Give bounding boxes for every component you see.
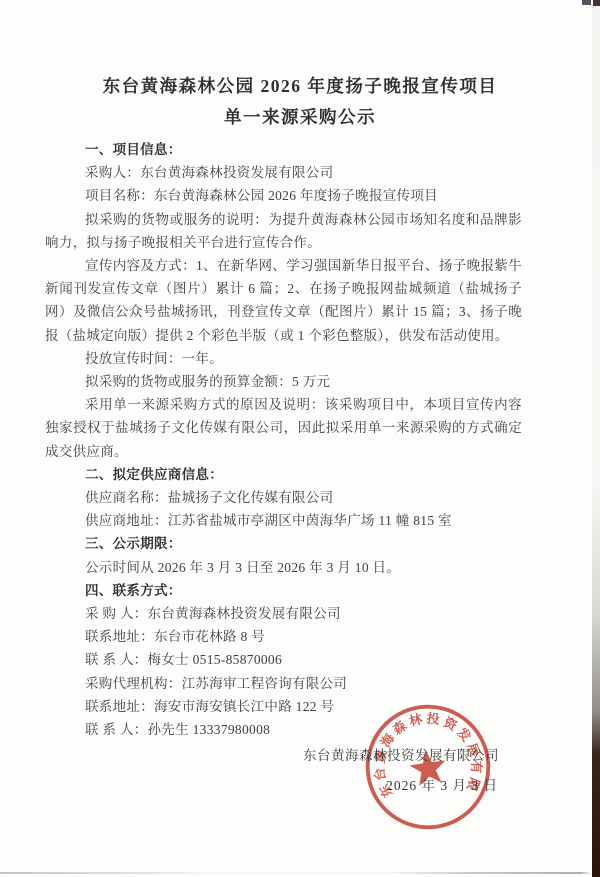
signature-block: 东台黄海森林投资发展有限公司 2026 年 3 月 3 日: [303, 744, 499, 794]
section-2-heading: 二、拟定供应商信息：: [45, 463, 522, 486]
agency-line: 采购代理机构：江苏海审工程咨询有限公司: [45, 672, 522, 695]
publicity-duration-line: 投放宣传时间：一年。: [45, 347, 522, 370]
scan-corner-mark: [593, 0, 600, 6]
purchaser-address-line: 联系地址：东台市花林路 8 号: [45, 625, 522, 648]
purchaser-contact-line: 联 系 人：梅女士 0515-85870006: [45, 648, 522, 671]
scan-edge-right-artifact: [592, 0, 600, 877]
supplier-address-line: 供应商地址：江苏省盐城市亭湖区中茵海华广场 11 幢 815 室: [45, 509, 522, 532]
procurement-description: 拟采购的货物或服务的说明：为提升黄海森林公园市场知名度和品牌影响力，拟与扬子晚报…: [45, 208, 522, 254]
section-4-heading: 四、联系方式：: [45, 579, 522, 602]
section-3-heading: 三、公示期限：: [45, 532, 522, 555]
single-source-reason: 采用单一来源采购方式的原因及说明：该采购项目中，本项目宣传内容独家授权于盐城扬子…: [45, 393, 522, 463]
publicity-period-line: 公示时间从 2026 年 3 月 3 日至 2026 年 3 月 10 日。: [45, 556, 522, 579]
document-title-line2: 单一来源采购公示: [0, 105, 600, 129]
agency-contact-line: 联 系 人：孙先生 13337980008: [45, 718, 522, 741]
scan-bottom-edge-artifact: [0, 872, 592, 874]
buyer-line: 采购人：东台黄海森林投资发展有限公司: [45, 161, 522, 184]
budget-line: 拟采购的货物或服务的预算金额：5 万元: [45, 370, 522, 393]
scan-corner-mark: [582, 0, 591, 5]
supplier-name-line: 供应商名称：盐城扬子文化传媒有限公司: [45, 486, 522, 509]
signature-company: 东台黄海森林投资发展有限公司: [303, 744, 499, 764]
document-body: 一、项目信息： 采购人：东台黄海森林投资发展有限公司 项目名称：东台黄海森林公园…: [0, 138, 600, 741]
section-1-heading: 一、项目信息：: [45, 138, 522, 161]
agency-address-line: 联系地址：海安市海安镇长江中路 122 号: [45, 695, 522, 718]
publicity-content-and-method: 宣传内容及方式：1、在新华网、学习强国新华日报平台、扬子晚报紫牛新闻刊发宣传文章…: [45, 254, 522, 347]
purchaser-line: 采 购 人：东台黄海森林投资发展有限公司: [45, 602, 522, 625]
project-name-line: 项目名称：东台黄海森林公园 2026 年度扬子晚报宣传项目: [45, 184, 522, 207]
scanned-document-page: 东台黄海森林公园 2026 年度扬子晚报宣传项目 单一来源采购公示 一、项目信息…: [0, 0, 600, 877]
signature-date: 2026 年 3 月 3 日: [303, 774, 499, 794]
document-title-line1: 东台黄海森林公园 2026 年度扬子晚报宣传项目: [0, 0, 600, 98]
